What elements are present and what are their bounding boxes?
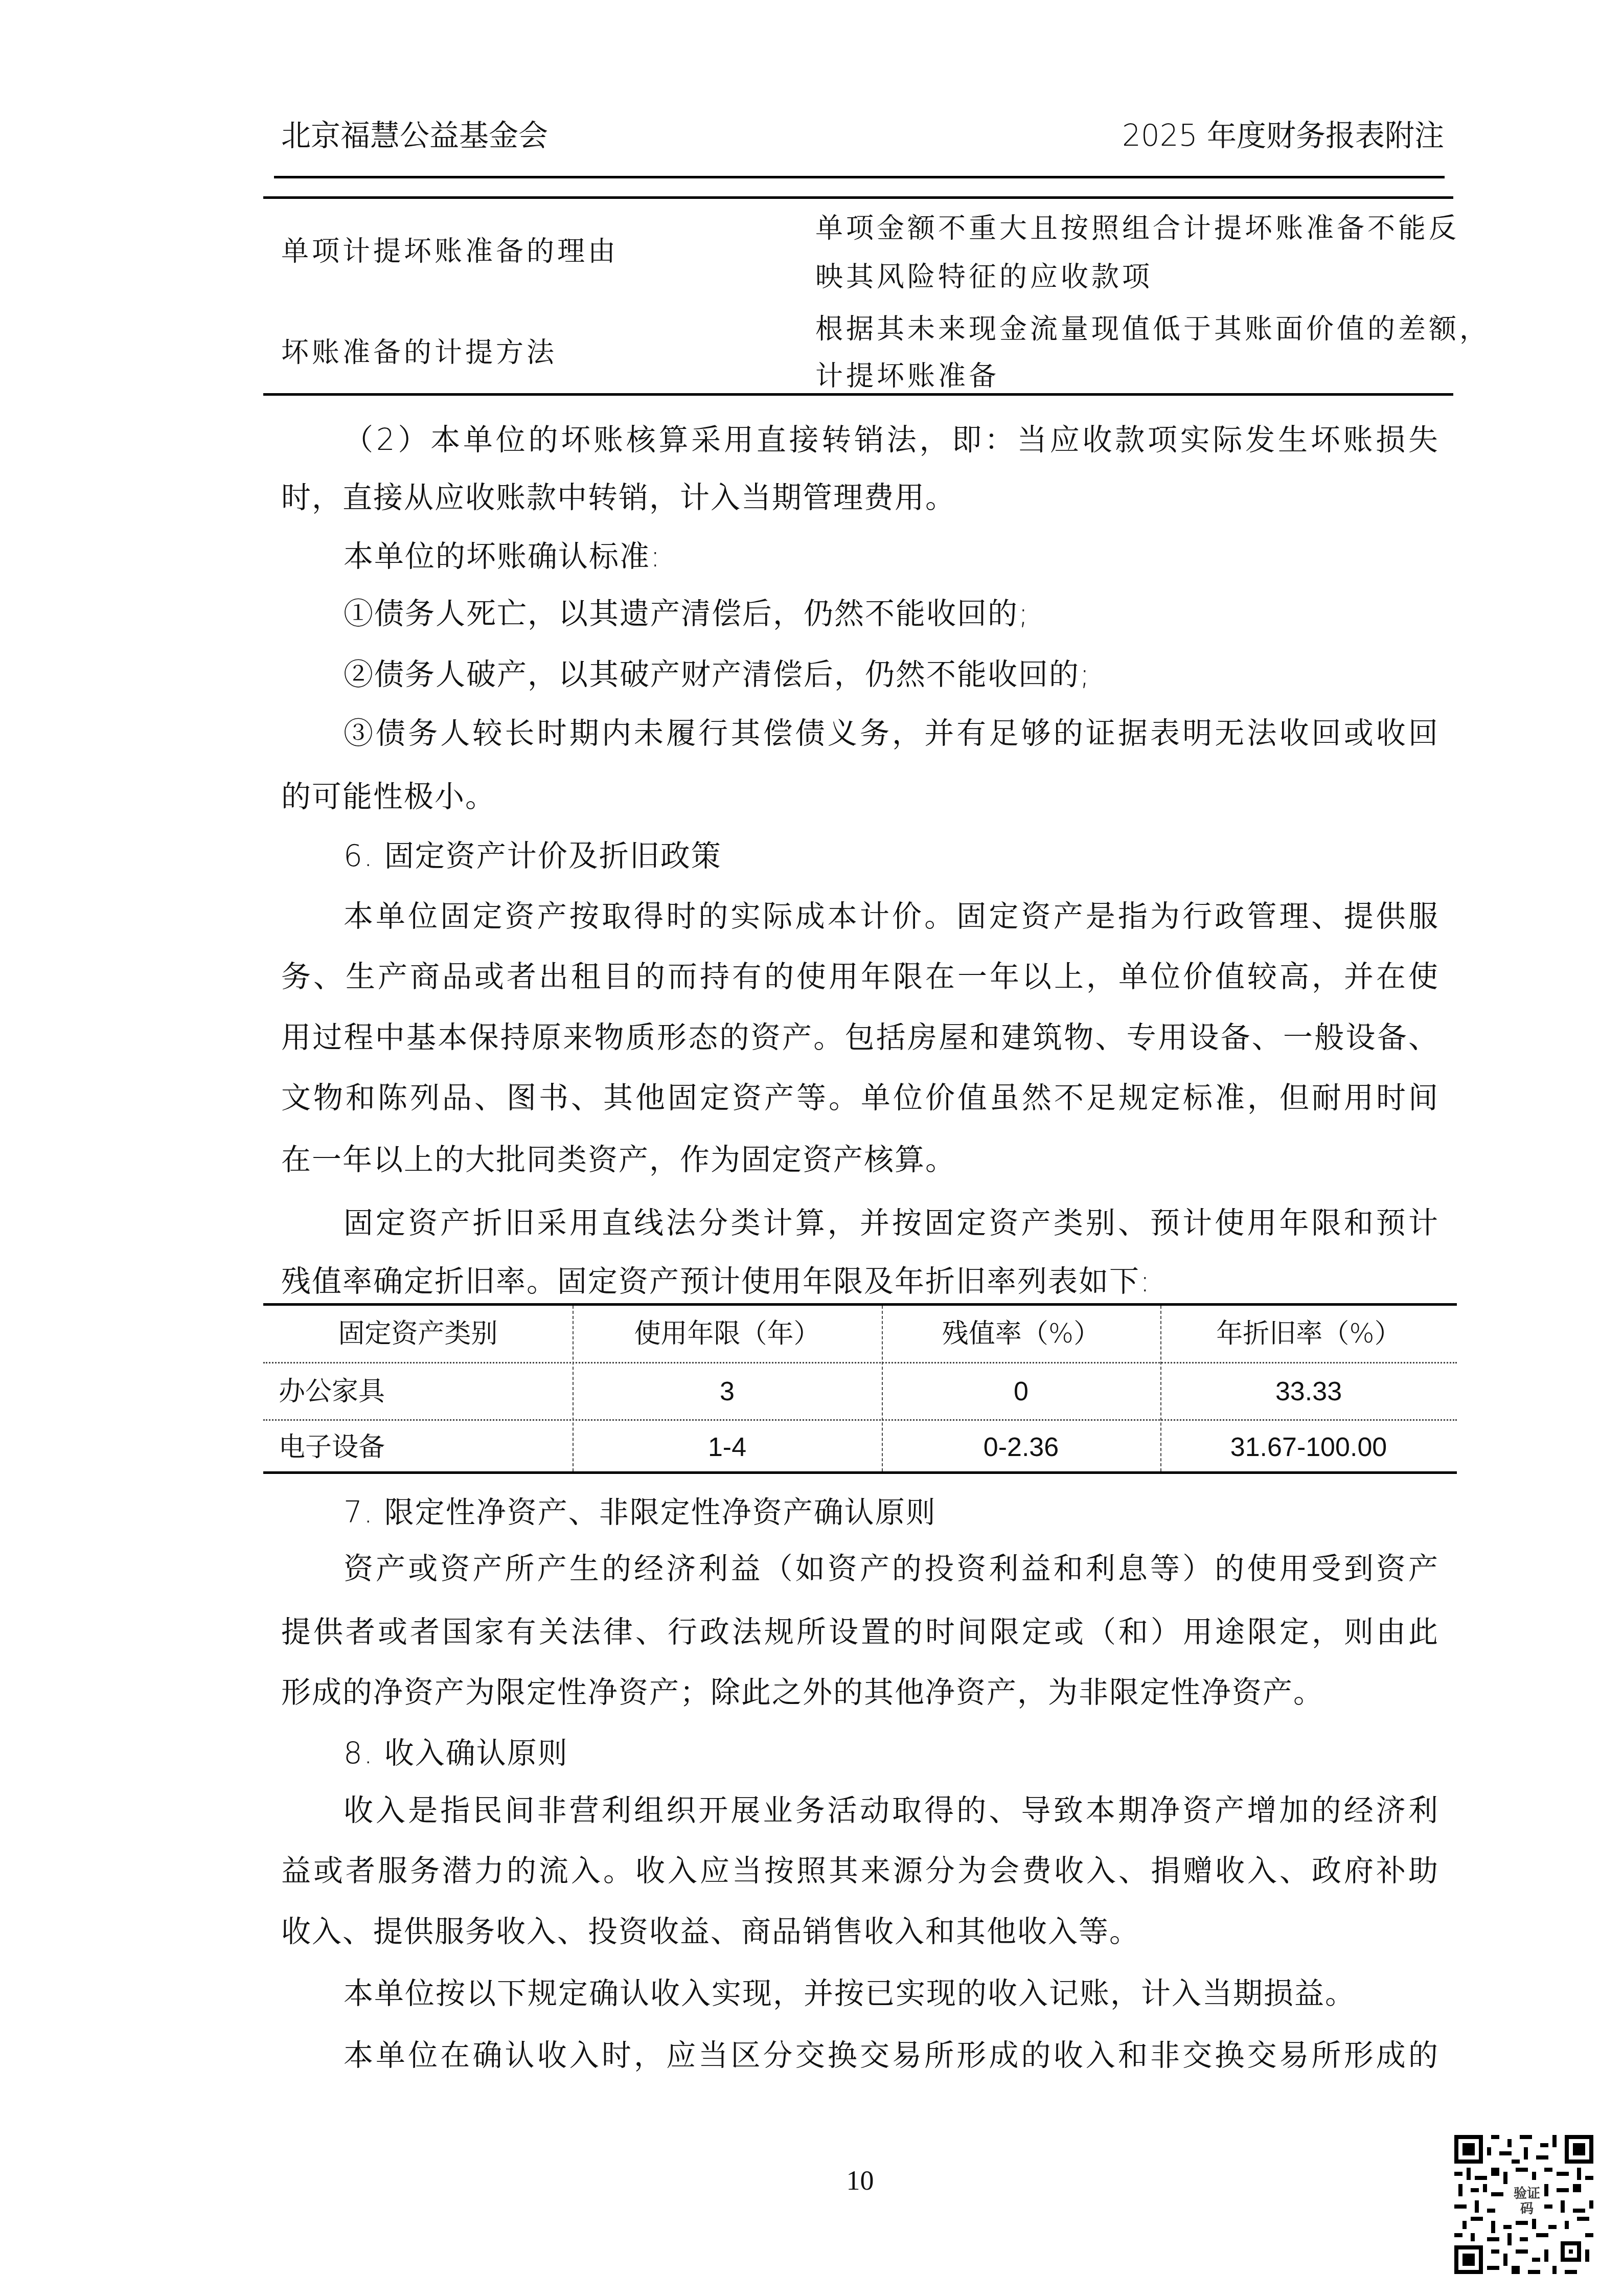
section-7-title: 限定性净资产、非限定性净资产确认原则 [384,1495,936,1530]
section-7-p1-line3: 形成的净资产为限定性净资产；除此之外的其他净资产，为非限定性净资产。 [281,1672,1439,1713]
bad-debt-table-label-method: 坏账准备的计提方法 [281,337,557,368]
section-7-p1-line2: 提供者或者国家有关法律、行政法规所设置的时间限定或（和）用途限定，则由此 [281,1611,1439,1652]
section-6-title: 固定资产计价及折旧政策 [384,838,722,873]
depreciation-table-header-useful-life: 使用年限（年） [573,1306,882,1362]
bad-debt-table-value-method-line1: 根据其未来现金流量现值低于其账面价值的差额， [815,304,1490,355]
section-8-number: 8. [344,1736,374,1770]
section-8-p3: 本单位在确认收入时，应当区分交换交易所形成的收入和非交换交易所形成的 [344,2035,1439,2076]
section-8-heading: 8. 收入确认原则 [344,1733,1439,1774]
section-6-p1-line1: 本单位固定资产按取得时的实际成本计价。固定资产是指为行政管理、提供服 [344,896,1439,937]
depreciation-table-cell-useful-life: 3 [573,1363,882,1420]
depreciation-table-cell-annual-rate: 33.33 [1160,1363,1457,1420]
section-7-p1-line1: 资产或资产所产生的经济利益（如资产的投资利益和利息等）的使用受到资产 [344,1548,1439,1589]
section-6-p2-line1: 固定资产折旧采用直线法分类计算，并按固定资产类别、预计使用年限和预计 [344,1202,1439,1243]
depreciation-table-cell-useful-life: 1-4 [573,1419,882,1475]
verification-qr-code[interactable]: 验证 码 [1454,2135,1593,2274]
bad-debt-table-value-reason-line1: 单项金额不重大且按照组合计提坏账准备不能反 [815,203,1459,254]
section-6-p1-line3: 用过程中基本保持原来物质形态的资产。包括房屋和建筑物、专用设备、一般设备、 [281,1017,1439,1058]
section-6-p1-line5: 在一年以上的大批同类资产，作为固定资产核算。 [281,1139,1439,1180]
section-6-number: 6. [344,838,374,873]
depreciation-table-cell-category: 电子设备 [279,1419,565,1475]
qr-label-line2: 码 [1512,2201,1542,2217]
depreciation-table-cell-residual-rate: 0 [882,1363,1160,1420]
write-off-paragraph-line1: （2）本单位的坏账核算采用直接转销法，即：当应收款项实际发生坏账损失 [344,419,1439,460]
criteria-title: 本单位的坏账确认标准: [344,536,1439,577]
depreciation-table-header-residual-rate: 残值率（%） [882,1306,1160,1362]
criteria-item-2: ②债务人破产，以其破产财产清偿后，仍然不能收回的; [344,654,1439,695]
depreciation-table-header-annual-rate: 年折旧率（%） [1160,1306,1457,1362]
section-6-heading: 6. 固定资产计价及折旧政策 [344,835,1439,876]
write-off-paragraph-line2: 时，直接从应收账款中转销，计入当期管理费用。 [281,477,1439,518]
qr-verification-label: 验证 码 [1512,2186,1542,2219]
section-6-p2-line2: 残值率确定折旧率。固定资产预计使用年限及年折旧率列表如下: [281,1261,1439,1302]
qr-label-line1: 验证 [1512,2186,1542,2201]
section-7-number: 7. [344,1495,374,1530]
section-7-heading: 7. 限定性净资产、非限定性净资产确认原则 [344,1492,1439,1533]
page-number: 10 [818,2165,902,2196]
criteria-item-3-line1: ③债务人较长时期内未履行其偿债义务，并有足够的证据表明无法收回或收回 [344,713,1439,754]
depreciation-table-cell-category: 办公家具 [279,1363,565,1420]
section-8-p1-line2: 益或者服务潜力的流入。收入应当按照其来源分为会费收入、捐赠收入、政府补助 [281,1850,1439,1891]
section-8-p1-line3: 收入、提供服务收入、投资收益、商品销售收入和其他收入等。 [281,1911,1439,1952]
criteria-item-1: ①债务人死亡，以其遗产清偿后，仍然不能收回的; [344,593,1439,634]
criteria-item-3-line2: 的可能性极小。 [281,776,1439,817]
bad-debt-table-value-reason-line2: 映其风险特征的应收款项 [815,252,1153,303]
depreciation-table-cell-residual-rate: 0-2.36 [882,1419,1160,1475]
depreciation-table-header-category: 固定资产类别 [263,1306,573,1362]
section-8-p1-line1: 收入是指民间非营利组织开展业务活动取得的、导致本期净资产增加的经济利 [344,1790,1439,1831]
bad-debt-table-label-reason: 单项计提坏账准备的理由 [281,236,619,267]
section-8-title: 收入确认原则 [384,1736,568,1770]
bad-debt-table-value-method-line2: 计提坏账准备 [815,351,999,402]
header-document-title: 2025 年度财务报表附注 [1122,115,1444,156]
section-6-p1-line4: 文物和陈列品、图书、其他固定资产等。单位价值虽然不足规定标准，但耐用时间 [281,1077,1439,1118]
header-rule [274,176,1445,178]
header-organization: 北京福慧公益基金会 [281,115,548,156]
depreciation-table-cell-annual-rate: 31.67-100.00 [1160,1419,1457,1475]
section-8-p2: 本单位按以下规定确认收入实现，并按已实现的收入记账，计入当期损益。 [344,1973,1439,2014]
section-6-p1-line2: 务、生产商品或者出租目的而持有的使用年限在一年以上，单位价值较高，并在使 [281,956,1439,997]
